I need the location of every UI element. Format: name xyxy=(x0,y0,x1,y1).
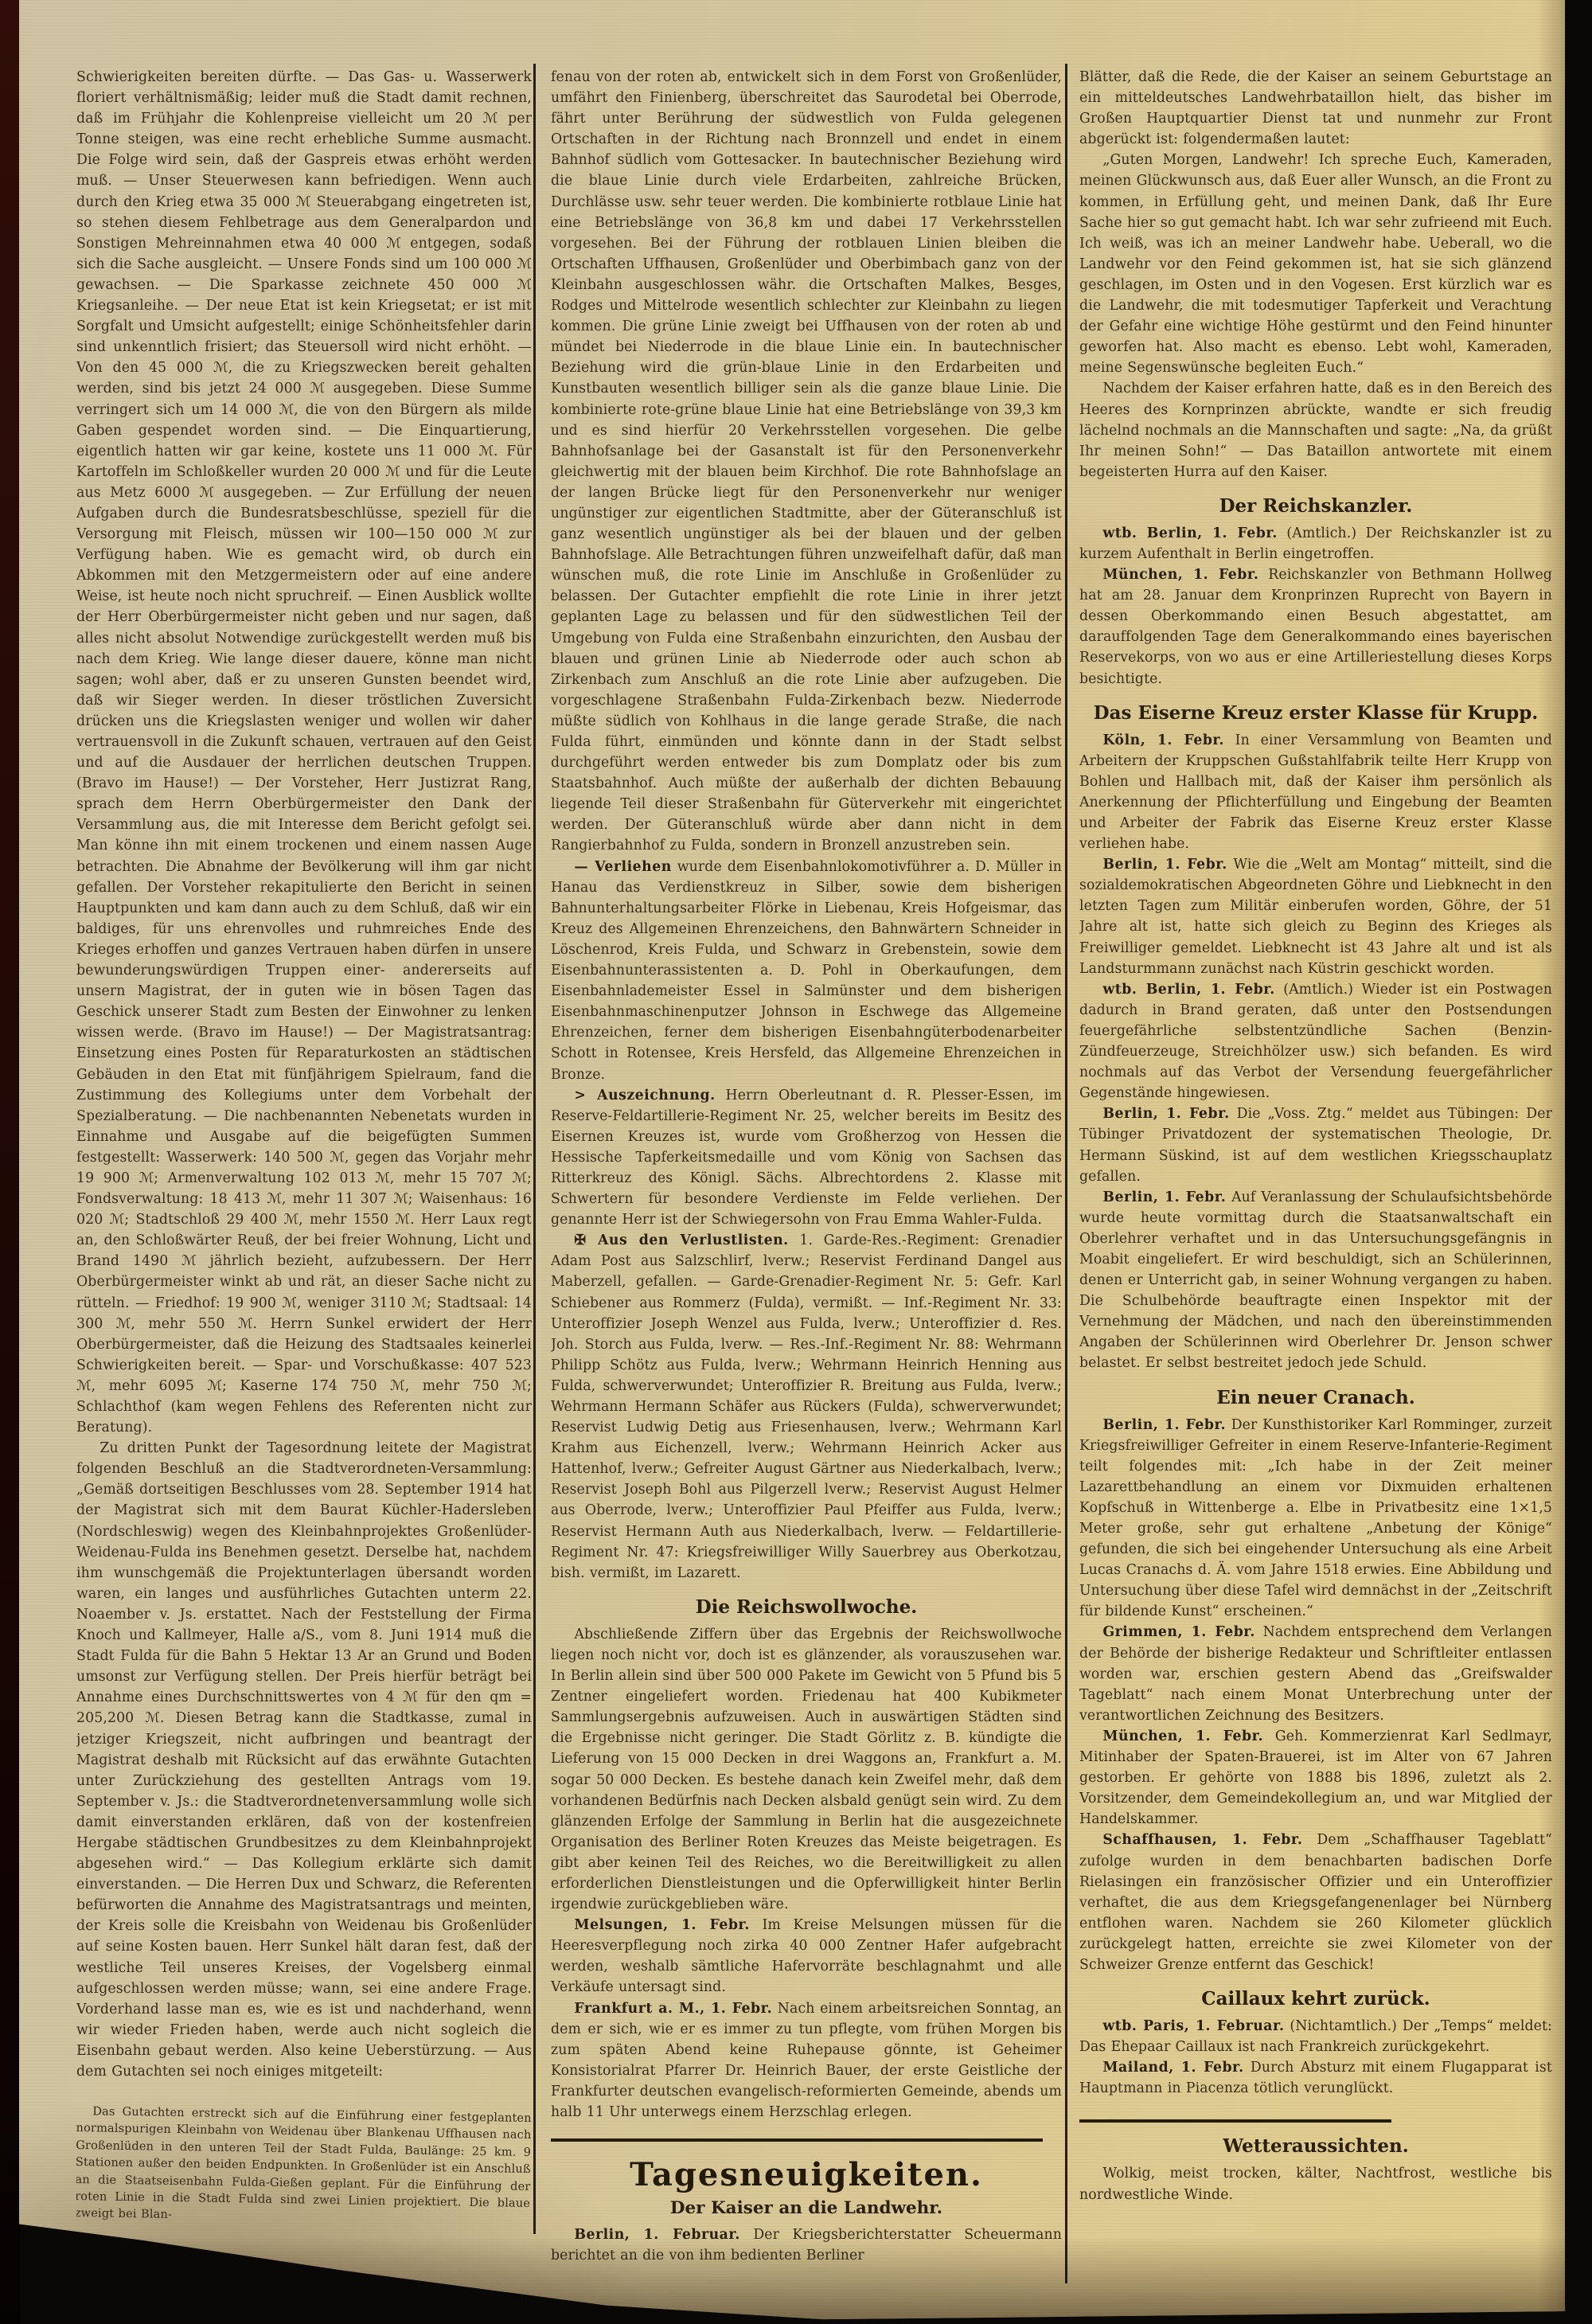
article-paragraph: ✠ Aus den Verlustlisten. 1. Garde-Res.-R… xyxy=(551,1230,1062,1584)
dateline: wtb. Berlin, 1. Febr. xyxy=(1102,982,1274,998)
article-paragraph: Blätter, daß die Rede, die der Kaiser an… xyxy=(1079,67,1552,150)
dateline: — Verliehen xyxy=(574,859,671,875)
text-run: Zu dritten Punkt der Tagesordnung leitet… xyxy=(76,1440,532,2080)
article-paragraph: München, 1. Febr. Geh. Kommerzienrat Kar… xyxy=(1079,1726,1552,1830)
article-paragraph: Schwierigkeiten bereiten dürfte. — Das G… xyxy=(76,67,532,1438)
article-paragraph: Schaffhausen, 1. Febr. Dem „Schaffhauser… xyxy=(1079,1830,1552,1975)
dateline: Grimmen, 1. Febr. xyxy=(1102,1624,1254,1640)
dateline: Schaffhausen, 1. Febr. xyxy=(1102,1832,1302,1848)
newspaper-page: { "page_type": "historical German newspa… xyxy=(0,0,1592,2324)
dateline: Berlin, 1. Febr. xyxy=(1102,1106,1229,1122)
dateline: wtb. Berlin, 1. Febr. xyxy=(1102,525,1277,541)
article-paragraph: Berlin, 1. Febr. Die „Voss. Ztg.“ meldet… xyxy=(1079,1103,1552,1186)
newspaper-sheet: Schwierigkeiten bereiten dürfte. — Das G… xyxy=(19,0,1565,2324)
text-run: Blätter, daß die Rede, die der Kaiser an… xyxy=(1079,69,1552,147)
text-run: In einer Versammlung von Beamten und Arb… xyxy=(1079,732,1552,852)
text-run: Das Gutachten erstreckt sich auf die Ein… xyxy=(76,2104,532,2221)
fine-print-paragraph: Das Gutachten erstreckt sich auf die Ein… xyxy=(76,2103,532,2229)
article-paragraph: Melsungen, 1. Febr. Im Kreise Melsungen … xyxy=(551,1915,1062,1998)
text-run: fenau von der roten ab, entwickelt sich … xyxy=(551,69,1062,853)
article-paragraph: München, 1. Febr. Reichskanzler von Beth… xyxy=(1079,564,1552,689)
dateline: Köln, 1. Febr. xyxy=(1102,732,1224,748)
newspaper-section-title: Tagesneuigkeiten. xyxy=(551,2156,1062,2193)
text-run: „Guten Morgen, Landwehr! Ich spreche Euc… xyxy=(1079,152,1552,376)
dateline: ✠ Aus den Verlustlisten. xyxy=(574,1232,788,1248)
newspaper-column-right: Blätter, daß die Rede, die der Kaiser an… xyxy=(1079,67,1552,2217)
section-heading: Wetteraussichten. xyxy=(1079,2135,1552,2157)
section-divider xyxy=(1079,2119,1391,2123)
newspaper-column-middle: fenau von der roten ab, entwickelt sich … xyxy=(551,67,1062,2284)
text-run: Dem „Schaffhauser Tageblatt“ zufolge wur… xyxy=(1079,1832,1552,1973)
section-divider xyxy=(551,2138,1043,2142)
text-run: Auf Veranlassung der Schulaufsichtsbehör… xyxy=(1079,1189,1552,1372)
text-run: (Amtlich.) Wieder ist ein Postwagen dadu… xyxy=(1079,982,1552,1101)
article-paragraph: „Guten Morgen, Landwehr! Ich spreche Euc… xyxy=(1079,150,1552,378)
article-paragraph: Berlin, 1. Febr. Auf Veranlassung der Sc… xyxy=(1079,1187,1552,1374)
dateline: München, 1. Febr. xyxy=(1102,1728,1263,1744)
dateline: > Auszeichnung. xyxy=(574,1088,715,1103)
article-paragraph: Nachdem der Kaiser erfahren hatte, daß e… xyxy=(1079,378,1552,482)
article-paragraph: Berlin, 1. Februar. Der Kriegsberichters… xyxy=(551,2224,1062,2266)
text-run: Nachdem der Kaiser erfahren hatte, daß e… xyxy=(1079,381,1552,479)
article-paragraph: Wolkig, meist trocken, kälter, Nachtfros… xyxy=(1079,2163,1552,2205)
text-run: wurde dem Eisenbahnlokomotivführer a. D.… xyxy=(551,859,1062,1083)
section-heading: Das Eiserne Kreuz erster Klasse für Krup… xyxy=(1079,702,1552,724)
section-heading: Der Reichskanzler. xyxy=(1079,495,1552,517)
article-paragraph: — Verliehen wurde dem Eisenbahnlokomotiv… xyxy=(551,857,1062,1085)
text-run: Abschließende Ziffern über das Ergebnis … xyxy=(551,1627,1062,1912)
dateline: Berlin, 1. Febr. xyxy=(1102,1417,1226,1433)
section-heading: Ein neuer Cranach. xyxy=(1079,1387,1552,1408)
article-paragraph: fenau von der roten ab, entwickelt sich … xyxy=(551,67,1062,857)
article-paragraph: Abschließende Ziffern über das Ergebnis … xyxy=(551,1624,1062,1915)
dateline: München, 1. Febr. xyxy=(1102,567,1258,583)
book-spine-edge xyxy=(0,0,21,2324)
article-paragraph: wtb. Berlin, 1. Febr. (Amtlich.) Wieder … xyxy=(1079,979,1552,1104)
dateline: Berlin, 1. Februar. xyxy=(574,2227,739,2243)
article-subheading: Der Kaiser an die Landwehr. xyxy=(551,2198,1062,2218)
section-heading: Die Reichswollwoche. xyxy=(551,1596,1062,1618)
dateline: Mailand, 1. Febr. xyxy=(1102,2060,1243,2076)
text-run: Schwierigkeiten bereiten dürfte. — Das G… xyxy=(76,69,532,1435)
dateline: Berlin, 1. Febr. xyxy=(1102,857,1227,873)
text-run: Der Kunsthistoriker Karl Romminger, zurz… xyxy=(1079,1417,1552,1620)
column-divider-right xyxy=(1065,64,1067,2283)
text-run: Wie die „Welt am Montag“ mitteilt, sind … xyxy=(1079,857,1552,976)
article-paragraph: Berlin, 1. Febr. Wie die „Welt am Montag… xyxy=(1079,854,1552,979)
article-paragraph: > Auszeichnung. Herrn Oberleutnant d. R.… xyxy=(551,1085,1062,1231)
section-heading: Caillaux kehrt zurück. xyxy=(1079,1988,1552,2010)
text-run: Herrn Oberleutnant d. R. Plesser-Essen, … xyxy=(551,1088,1062,1228)
dateline: Berlin, 1. Febr. xyxy=(1102,1189,1226,1205)
article-paragraph: Zu dritten Punkt der Tagesordnung leitet… xyxy=(76,1438,532,2082)
text-run: 1. Garde-Res.-Regiment: Grenadier Adam P… xyxy=(551,1232,1062,1581)
dateline: Melsungen, 1. Febr. xyxy=(574,1917,750,1933)
text-run: Nach einem arbeitsreichen Sonntag, an de… xyxy=(551,2001,1062,2120)
text-run: Wolkig, meist trocken, kälter, Nachtfros… xyxy=(1079,2166,1552,2202)
article-paragraph: Mailand, 1. Febr. Durch Absturz mit eine… xyxy=(1079,2057,1552,2099)
article-paragraph: Köln, 1. Febr. In einer Versammlung von … xyxy=(1079,730,1552,855)
article-paragraph: Berlin, 1. Febr. Der Kunsthistoriker Kar… xyxy=(1079,1415,1552,1623)
text-run: Reichskanzler von Bethmann Hollweg hat a… xyxy=(1079,567,1552,686)
article-paragraph: wtb. Berlin, 1. Febr. (Amtlich.) Der Rei… xyxy=(1079,523,1552,564)
newspaper-column-left: Schwierigkeiten bereiten dürfte. — Das G… xyxy=(76,67,532,2252)
dateline: Frankfurt a. M., 1. Febr. xyxy=(574,2001,772,2017)
article-paragraph: Grimmen, 1. Febr. Nachdem entsprechend d… xyxy=(1079,1622,1552,1725)
column-divider-left xyxy=(533,64,536,2234)
article-paragraph: Frankfurt a. M., 1. Febr. Nach einem arb… xyxy=(551,1998,1062,2123)
dateline: wtb. Paris, 1. Februar. xyxy=(1102,2018,1284,2034)
article-paragraph: wtb. Paris, 1. Februar. (Nichtamtlich.) … xyxy=(1079,2016,1552,2057)
